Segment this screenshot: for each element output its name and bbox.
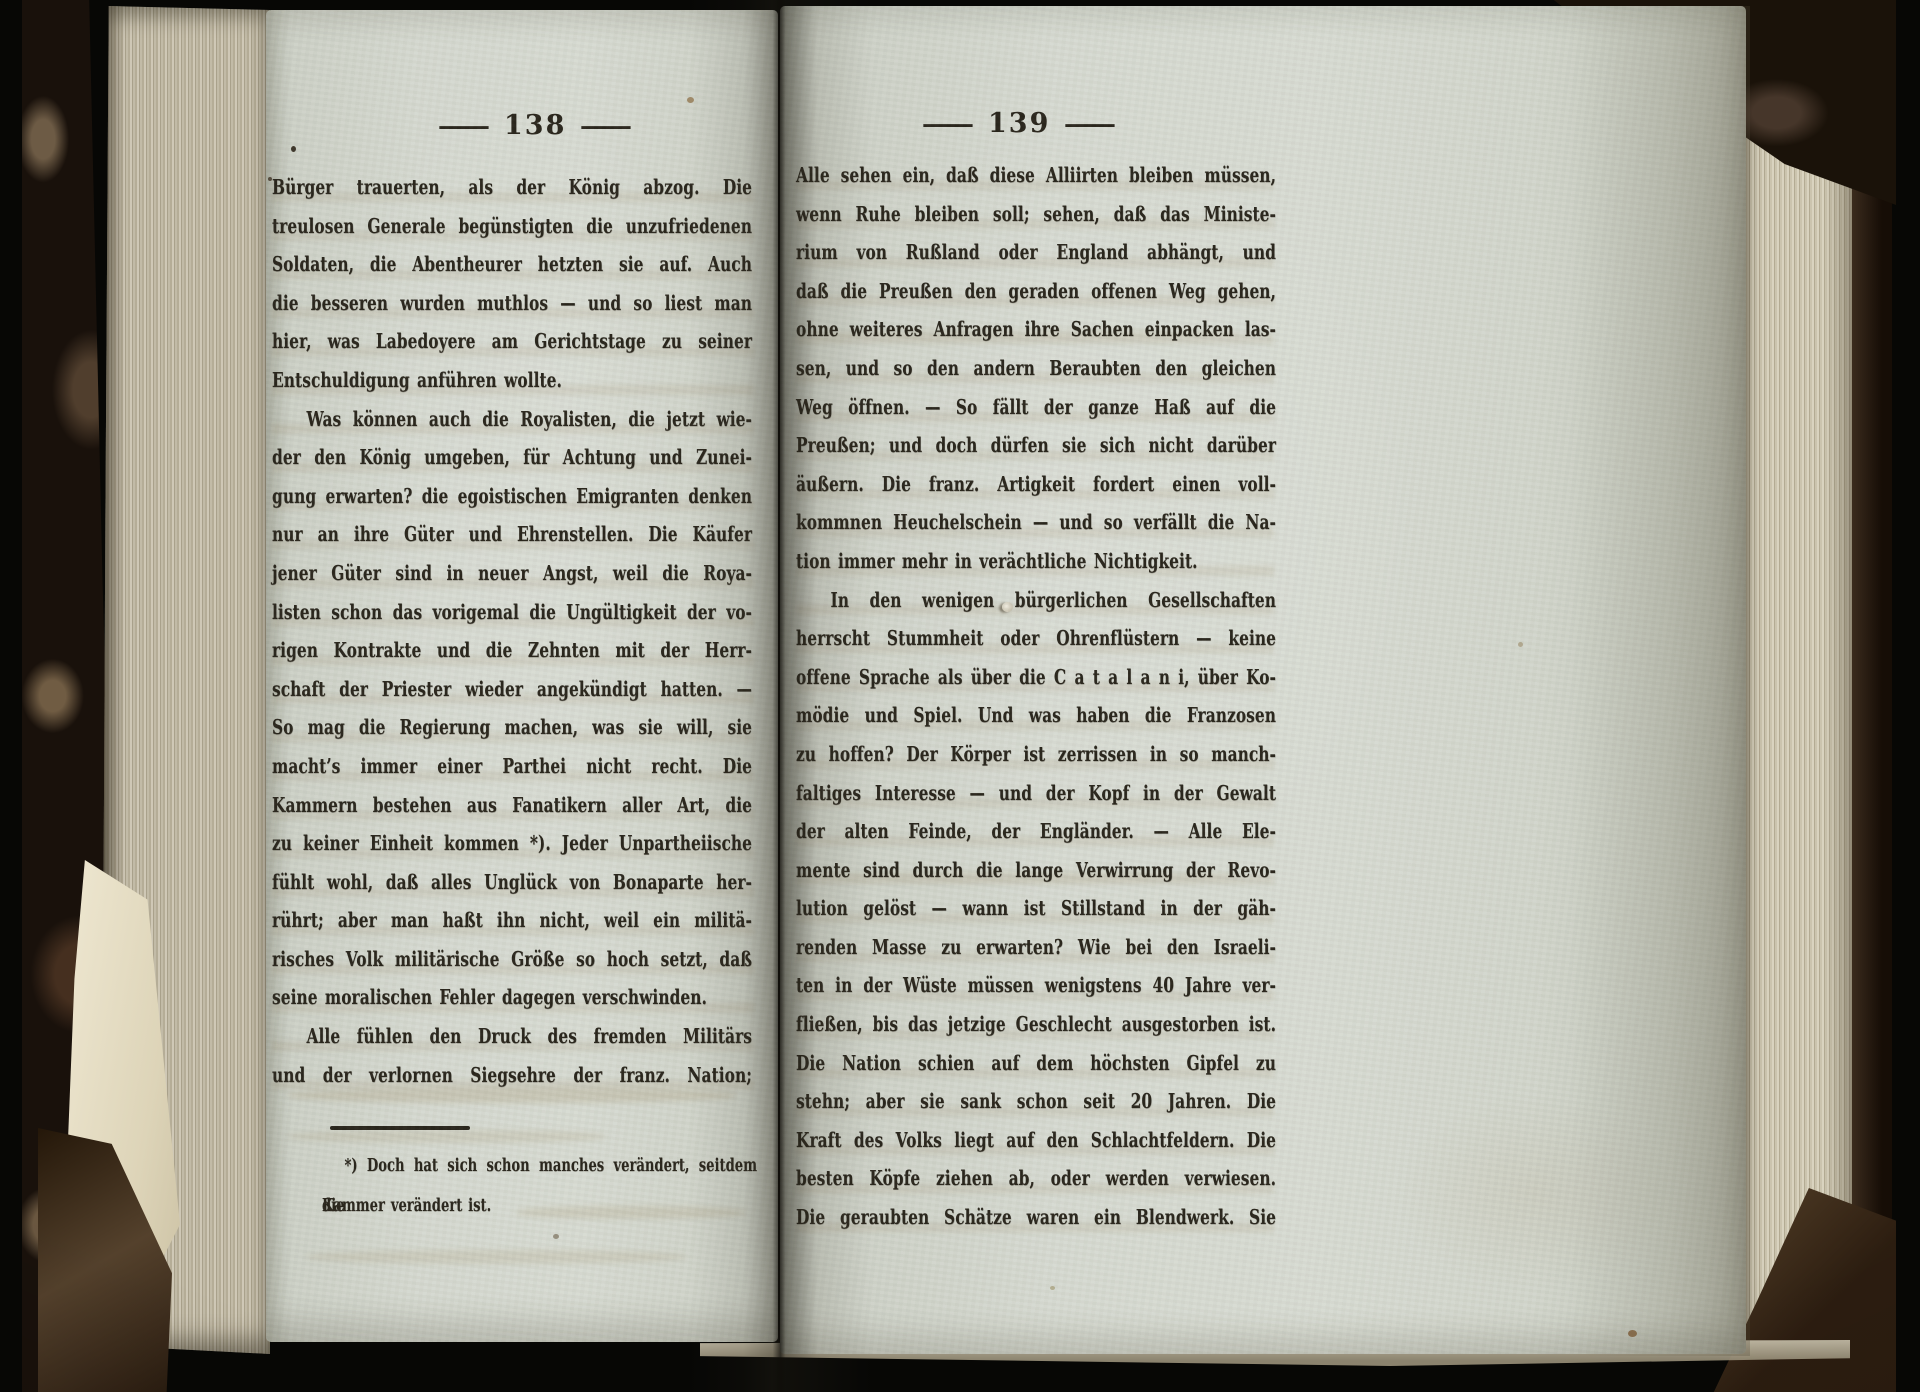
text-line: Die Nation schien auf dem höchsten Gipfe… — [796, 1044, 1276, 1083]
page-number-left: 138 — [504, 110, 566, 141]
text-line: Alle fühlen den Druck des fremden Militä… — [272, 1017, 752, 1056]
paper-speck — [291, 146, 296, 152]
text-line: Kraft des Volks liegt auf den Schlachtfe… — [796, 1121, 1276, 1160]
text-line: herrscht Stummheit oder Ohrenflüstern — … — [796, 619, 1276, 658]
paragraph: In den wenigen bürgerlichen Gesellschaft… — [796, 581, 1276, 1237]
paragraph: Bürger trauerten, als der König abzog. D… — [272, 168, 752, 400]
text-line: besten Köpfe ziehen ab, oder werden verw… — [796, 1159, 1276, 1198]
text-line: ohne weiteres Anfragen ihre Sachen einpa… — [796, 310, 1276, 349]
text-line: äußern. Die franz. Artigkeit fordert ein… — [796, 465, 1276, 504]
text-line: schaft der Priester wieder angekündigt h… — [272, 670, 752, 709]
paper-speck — [268, 177, 272, 181]
text-line: faltiges Interesse — und der Kopf in der… — [796, 774, 1276, 813]
text-line: mödie und Spiel. Und was haben die Franz… — [796, 696, 1276, 735]
paragraph: Alle fühlen den Druck des fremden Militä… — [272, 1017, 752, 1094]
header-dash: — — [436, 111, 491, 140]
text-line: die besseren wurden muthlos — und so lie… — [272, 284, 752, 323]
book-cover-right — [1852, 0, 1892, 1392]
page-left: — 138 — Bürger trauerten, als der König … — [266, 10, 778, 1342]
page-number-right: 139 — [988, 108, 1050, 139]
text-line: und der verlornen Siegsehre der franz. N… — [272, 1056, 752, 1095]
text-line: mente sind durch die lange Verwirrung de… — [796, 851, 1276, 890]
text-line: seine moralischen Fehler dagegen verschw… — [272, 978, 752, 1017]
paper-speck — [1628, 1330, 1637, 1337]
text-line: *) Doch hat sich schon manches verändert… — [322, 1146, 757, 1186]
text-line: Soldaten, die Abentheurer hetzten sie au… — [272, 245, 752, 284]
text-line: zu hoffen? Der Körper ist zerrissen in s… — [796, 735, 1276, 774]
text-line: der alten Feinde, der Engländer. — Alle … — [796, 812, 1276, 851]
text-line: renden Masse zu erwarten? Wie bei den Is… — [796, 928, 1276, 967]
text-line: tion immer mehr in verächtliche Nichtigk… — [796, 542, 1276, 581]
text-line: rium von Rußland oder England abhängt, u… — [796, 233, 1276, 272]
header-dash: — — [920, 109, 975, 138]
text-line: Weg öffnen. — So fällt der ganze Haß auf… — [796, 388, 1276, 427]
text-line: ten in der Wüste müssen wenigstens 40 Ja… — [796, 966, 1276, 1005]
text-line: listen schon das vorigemal die Ungültigk… — [272, 593, 752, 632]
footnote: *) Doch hat sich schon manches verändert… — [322, 1146, 757, 1226]
text-line: gung erwarten? die egoistischen Emigrant… — [272, 477, 752, 516]
header-dash: — — [1063, 109, 1118, 138]
page-edges-right — [1742, 8, 1862, 1368]
text-line: wenn Ruhe bleiben soll; sehen, daß das M… — [796, 195, 1276, 234]
text-line: stehn; aber sie sank schon seit 20 Jahre… — [796, 1082, 1276, 1121]
paragraph: Alle sehen ein, daß diese Alliirten blei… — [796, 156, 1276, 581]
paper-speck — [1518, 642, 1523, 647]
text-line: risches Volk militärische Größe so hoch … — [272, 940, 752, 979]
text-block-left: Bürger trauerten, als der König abzog. D… — [272, 168, 752, 1094]
text-line: der den König umgeben, für Achtung und Z… — [272, 438, 752, 477]
footnote-rule — [330, 1126, 470, 1130]
text-line: Alle sehen ein, daß diese Alliirten blei… — [796, 156, 1276, 195]
text-line: Preußen; und doch dürfen sie sich nicht … — [796, 426, 1276, 465]
text-block-right: Alle sehen ein, daß diese Alliirten blei… — [796, 156, 1276, 1237]
text-line: Kammer verändert ist. — [322, 1186, 757, 1226]
text-line: sen, und so den andern Beraubten den gle… — [796, 349, 1276, 388]
paper-flaw — [1002, 602, 1013, 612]
text-line: Die geraubten Schätze waren ein Blendwer… — [796, 1198, 1276, 1237]
text-line: In den wenigen bürgerlichen Gesellschaft… — [796, 581, 1276, 620]
page-right: — 139 — Alle sehen ein, daß diese Alliir… — [780, 6, 1746, 1354]
paper-speck — [1050, 1286, 1055, 1290]
text-line: Bürger trauerten, als der König abzog. D… — [272, 168, 752, 207]
text-line: So mag die Regierung machen, was sie wil… — [272, 708, 752, 747]
text-line: rigen Kontrakte und die Zehnten mit der … — [272, 631, 752, 670]
text-line: jener Güter sind in neuer Angst, weil di… — [272, 554, 752, 593]
page-header-left: — 138 — — [452, 110, 618, 141]
text-line: hier, was Labedoyere am Gerichtstage zu … — [272, 322, 752, 361]
text-line: Kammern bestehen aus Fanatikern aller Ar… — [272, 786, 752, 825]
header-dash: — — [579, 111, 634, 140]
text-line: fühlt wohl, daß alles Unglück von Bonapa… — [272, 863, 752, 902]
text-line: Entschuldigung anführen wollte. — [272, 361, 752, 400]
text-line: fließen, bis das jetzige Geschlecht ausg… — [796, 1005, 1276, 1044]
text-line: treulosen Generale begünstigten die unzu… — [272, 207, 752, 246]
page-header-right: — 139 — — [936, 108, 1102, 139]
text-line: offene Sprache als über die C a t a l a … — [796, 658, 1276, 697]
paragraph: Was können auch die Royalisten, die jetz… — [272, 400, 752, 1018]
paragraph: *) Doch hat sich schon manches verändert… — [322, 1146, 757, 1226]
bleedthrough-smudge — [306, 1250, 686, 1264]
text-line: rührt; aber man haßt ihn nicht, weil ein… — [272, 901, 752, 940]
book-photo: — 138 — Bürger trauerten, als der König … — [0, 0, 1920, 1392]
text-line: macht’s immer einer Parthei nicht recht.… — [272, 747, 752, 786]
text-line: zu keiner Einheit kommen *). Jeder Unpar… — [272, 824, 752, 863]
bleedthrough-smudge — [288, 1130, 606, 1143]
paper-speck — [687, 97, 694, 103]
text-line: Was können auch die Royalisten, die jetz… — [272, 400, 752, 439]
text-line: daß die Preußen den geraden offenen Weg … — [796, 272, 1276, 311]
paper-speck — [553, 1234, 559, 1239]
text-line: kommnen Heuchelschein — und so verfällt … — [796, 503, 1276, 542]
text-line: nur an ihre Güter und Ehrenstellen. Die … — [272, 515, 752, 554]
text-line: lution gelöst — wann ist Stillstand in d… — [796, 889, 1276, 928]
